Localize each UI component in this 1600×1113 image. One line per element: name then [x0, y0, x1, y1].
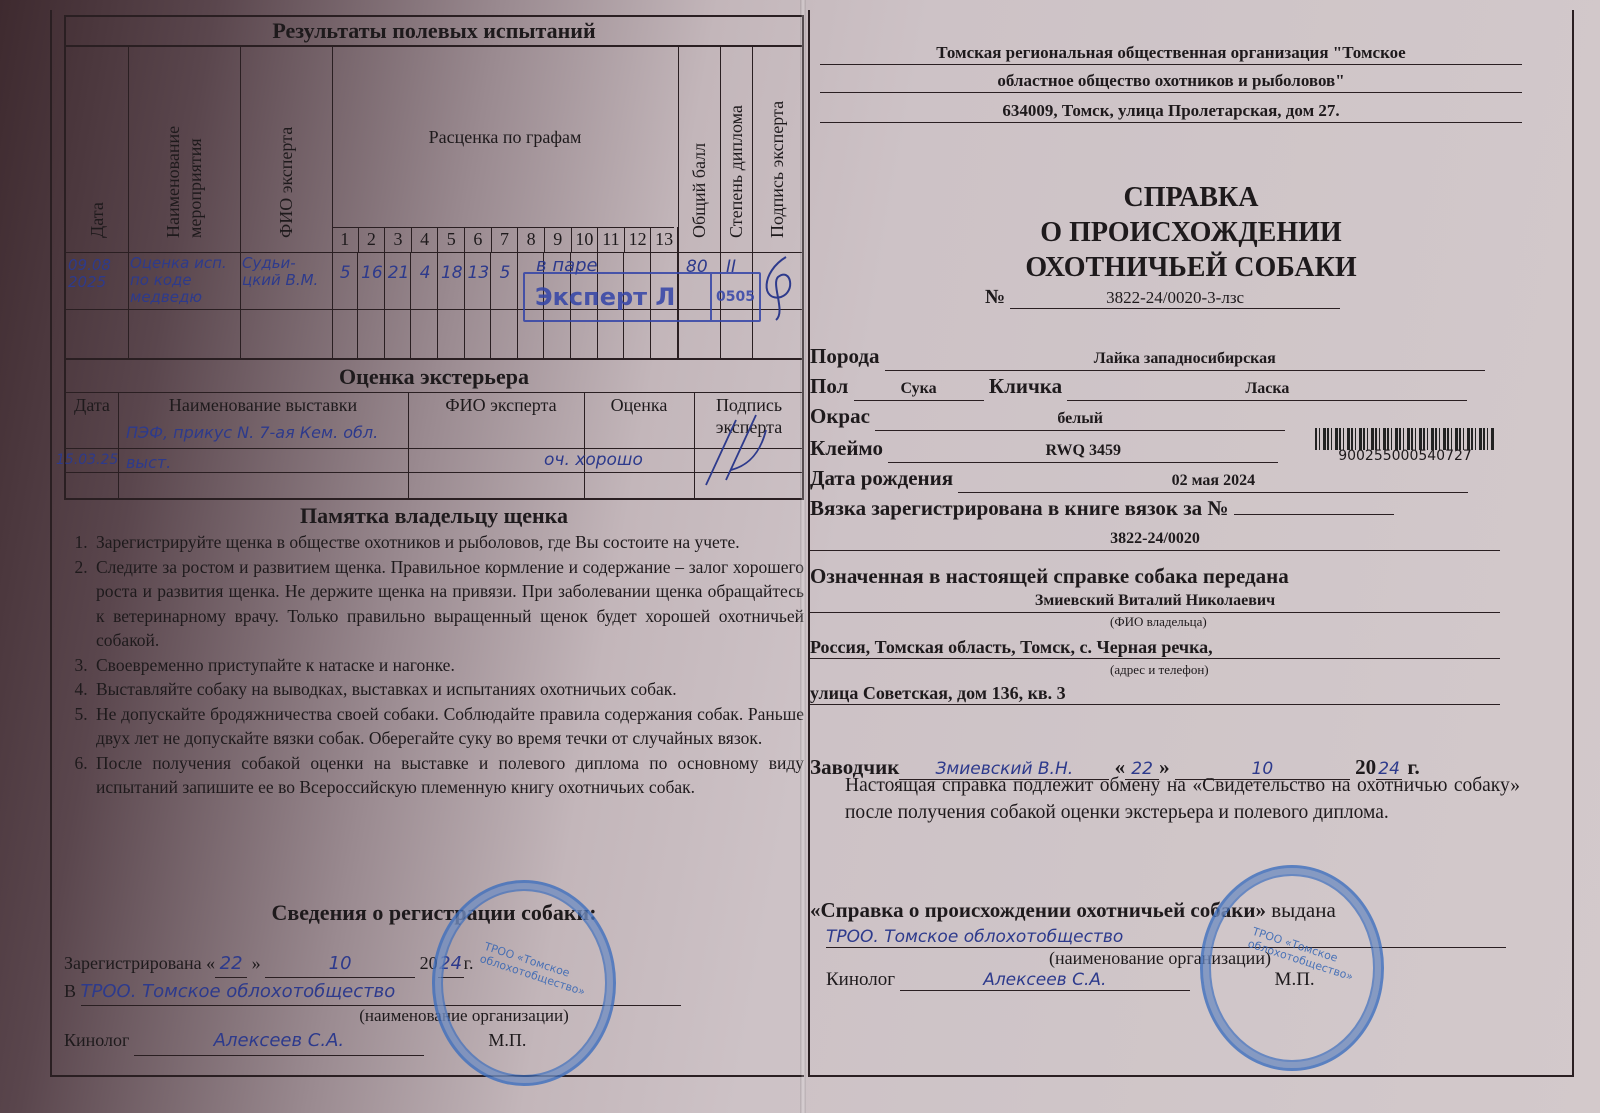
col-date: Дата [66, 47, 129, 358]
field-trials-title: Результаты полевых испытаний [66, 17, 802, 47]
exterior-title: Оценка экстерьера [66, 360, 802, 393]
memo-item: Не допускайте бродяжничества своей собак… [92, 702, 804, 751]
org-address: 634009, Томск, улица Пролетарская, дом 2… [820, 100, 1522, 123]
col-expert: ФИО эксперта [240, 47, 333, 358]
registered-month: 10 [265, 951, 415, 978]
grade-value: 13 [465, 265, 492, 282]
field-mating: Вязка зарегистрирована в книге вязок за … [810, 494, 1394, 522]
field-owner: Змиевский Виталий Николаевич [810, 584, 1500, 613]
trial-expert: Судьи-цкий В.М. [242, 255, 330, 289]
grade-col-13: 13 [651, 227, 678, 252]
field-address-2: улица Советская, дом 136, кв. 3 [810, 678, 1500, 706]
grade-value: 16 [359, 265, 386, 282]
grade-col-3: 3 [385, 227, 412, 252]
grade-col-10: 10 [572, 227, 599, 252]
exterior-date: 15.03.25 [56, 452, 118, 469]
grade-col-9: 9 [545, 227, 572, 252]
grade-col-2: 2 [359, 227, 386, 252]
puppy-owner-memo: Памятка владельцу щенка Зарегистрируйте … [64, 502, 804, 800]
certificate-number: № 3822-24/0020-3-лзс [985, 286, 1340, 309]
memo-item: Выставляйте собаку на выводках, выставка… [92, 677, 804, 702]
field-birth-date: Дата рождения 02 мая 2024 [810, 464, 1468, 493]
organization-seal-left: ТРОО «Томское облохотобщество» [432, 880, 616, 1086]
grade-col-5: 5 [438, 227, 465, 252]
issued-organization: ТРОО. Томское облохотобщество [826, 927, 1506, 948]
chip-number: 900255000540727 [1315, 448, 1495, 464]
issued-cynologist: Алексеев С.А. [900, 970, 1190, 991]
organization-seal-right: ТРОО «Томское облохотобщество» [1200, 865, 1384, 1071]
memo-item: После получения собакой оценки на выстав… [92, 751, 804, 800]
barcode-icon [1315, 428, 1495, 450]
registration-cynologist: Алексеев С.А. [134, 1027, 424, 1056]
field-mating-number: 3822-24/0020 [810, 522, 1500, 551]
field-sex-name: Пол Сука Кличка Ласка [810, 372, 1467, 401]
field-breed: Порода Лайка западносибирская [810, 342, 1485, 371]
grade-col-11: 11 [598, 227, 625, 252]
expert-stamp: Эксперт Л 0505 [523, 272, 761, 322]
registration-title: Сведения о регистрации собаки: [64, 898, 804, 928]
issued-section: «Справка о происхождении охотничьей соба… [810, 898, 1506, 991]
org-header-line-2: областное общество охотников и рыболовов… [820, 70, 1522, 93]
field-brand: Клеймо RWQ 3459 [810, 434, 1278, 463]
memo-item: Следите за ростом и развитием щенка. Пра… [92, 555, 804, 653]
grade-col-8: 8 [518, 227, 545, 252]
field-trials-table: Результаты полевых испытаний Дата Наимен… [64, 15, 804, 360]
exchange-note: Настоящая справка подлежит обмену на «Св… [845, 772, 1520, 826]
registered-day: 22 [215, 951, 247, 978]
grade-value: 5 [492, 265, 519, 282]
page-fold [800, 0, 806, 1113]
grade-col-1: 1 [332, 227, 359, 252]
exterior-signature-icon [696, 410, 776, 490]
grade-value: 5 [332, 265, 359, 282]
right-page: Томская региональная общественная органи… [808, 10, 1574, 1077]
trial-date: 09.08 2025 [68, 257, 126, 291]
left-page: Результаты полевых испытаний Дата Наимен… [50, 10, 804, 1077]
memo-title: Памятка владельцу щенка [64, 502, 804, 530]
field-address-1: Россия, Томская область, Томск, с. Черна… [810, 632, 1500, 660]
grade-value: 18 [438, 265, 465, 282]
col-event: Наименование мероприятия [128, 47, 241, 358]
exterior-show: ПЭФ, прикус N. 7-ая Кем. обл. выст. [126, 418, 396, 478]
field-color: Окрас белый [810, 402, 1285, 431]
grade-col-7: 7 [492, 227, 519, 252]
trial-event: Оценка исп. по коде медведю [130, 255, 238, 306]
grade-col-6: 6 [465, 227, 492, 252]
exterior-table: Оценка экстерьера Дата Наименование выст… [64, 360, 804, 500]
memo-list: Зарегистрируйте щенка в обществе охотник… [64, 530, 804, 800]
grade-col-12: 12 [625, 227, 652, 252]
memo-item: Своевременно приступайте к натаске и наг… [92, 653, 804, 678]
document-photo: Результаты полевых испытаний Дата Наимен… [0, 0, 1600, 1113]
certificate-title: СПРАВКА О ПРОИСХОЖДЕНИИ ОХОТНИЧЬЕЙ СОБАК… [810, 180, 1572, 285]
expert-signature-icon [756, 252, 804, 322]
grade-col-4: 4 [412, 227, 439, 252]
grade-value: 21 [385, 265, 412, 282]
grade-value: 4 [412, 265, 439, 282]
memo-item: Зарегистрируйте щенка в обществе охотник… [92, 530, 804, 555]
org-header-line-1: Томская региональная общественная органи… [820, 42, 1522, 65]
exterior-grade: оч. хорошо [544, 452, 643, 469]
